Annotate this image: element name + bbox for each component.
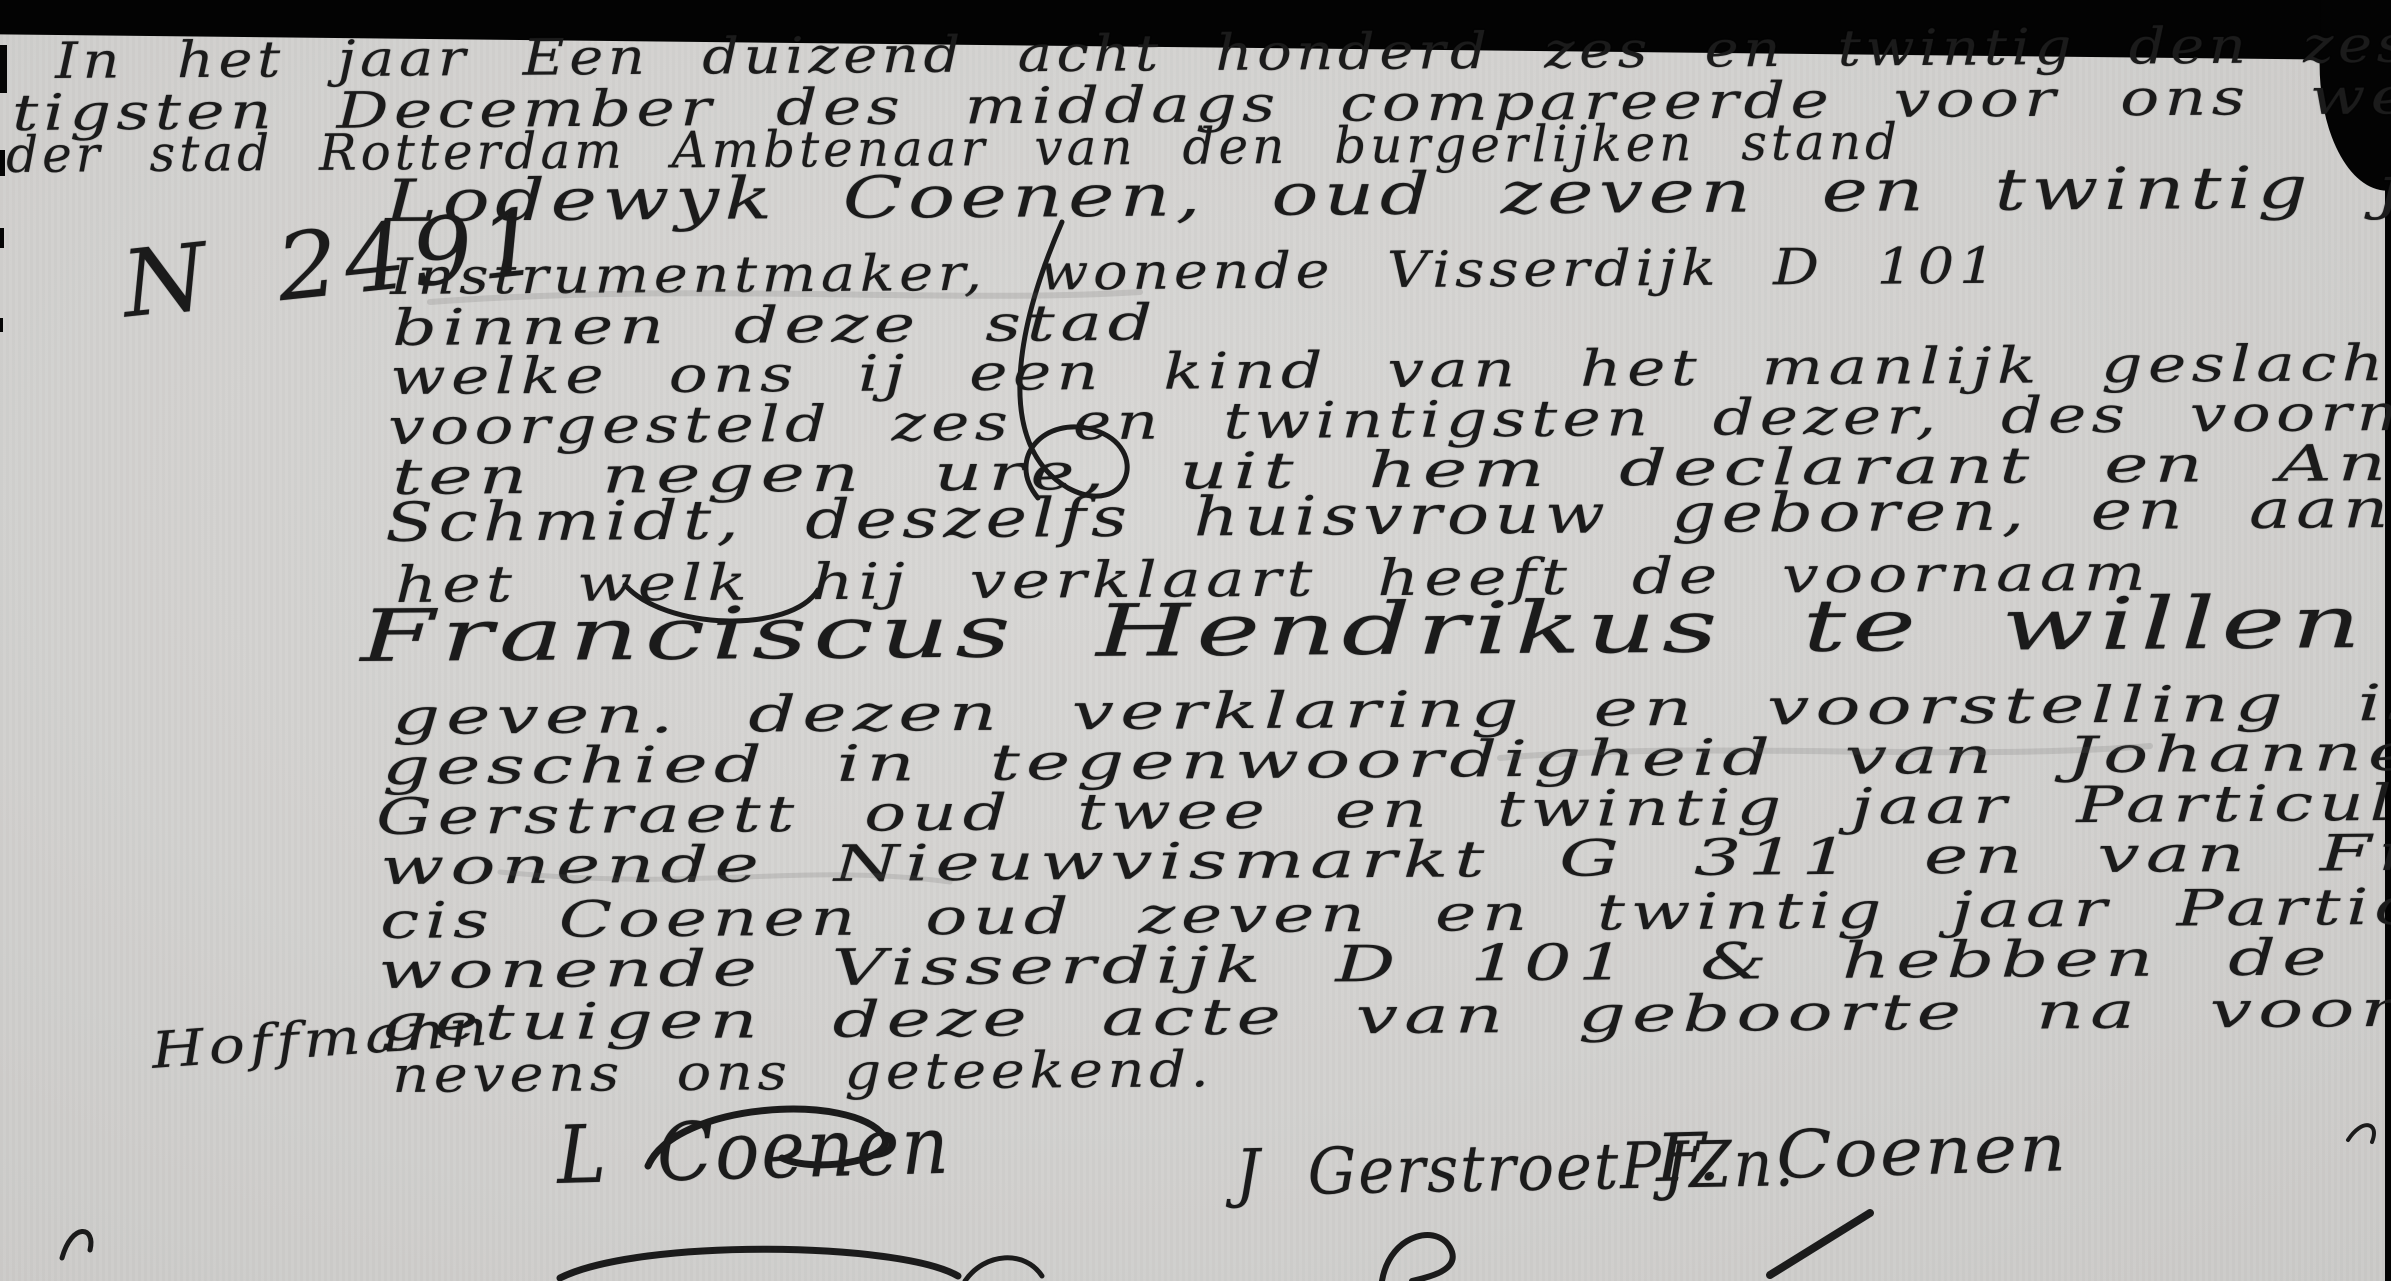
manuscript-line-5: Instrumentmaker, wonende Visserdijk D 10… [390,241,2000,302]
manuscript-line-4: Lodewyk Coenen, oud zeven en twintig jaa… [385,157,2391,230]
manuscript-line-20: nevens ons geteekend. [392,1044,1214,1100]
signature-witness-2: F. Coenen [1655,1115,2069,1192]
scan-notch-left [0,228,4,248]
signature-declarant: L Coenen [556,1106,951,1196]
manuscript-line-19: getuigen deze acte van geboorte na voorl… [380,982,2391,1048]
scan-notch-left [0,45,7,93]
scan-notch-left [0,318,3,332]
manuscript-line-12: Franciscus Hendrikus te willen [360,586,2367,672]
scanned-document-page: N 2491 Hoffmann In het jaar Een duizend … [0,0,2391,1281]
scan-notch-left [0,150,5,176]
manuscript-line-10: Schmidt, deszelfs huisvrouw geboren, en … [385,482,2391,550]
